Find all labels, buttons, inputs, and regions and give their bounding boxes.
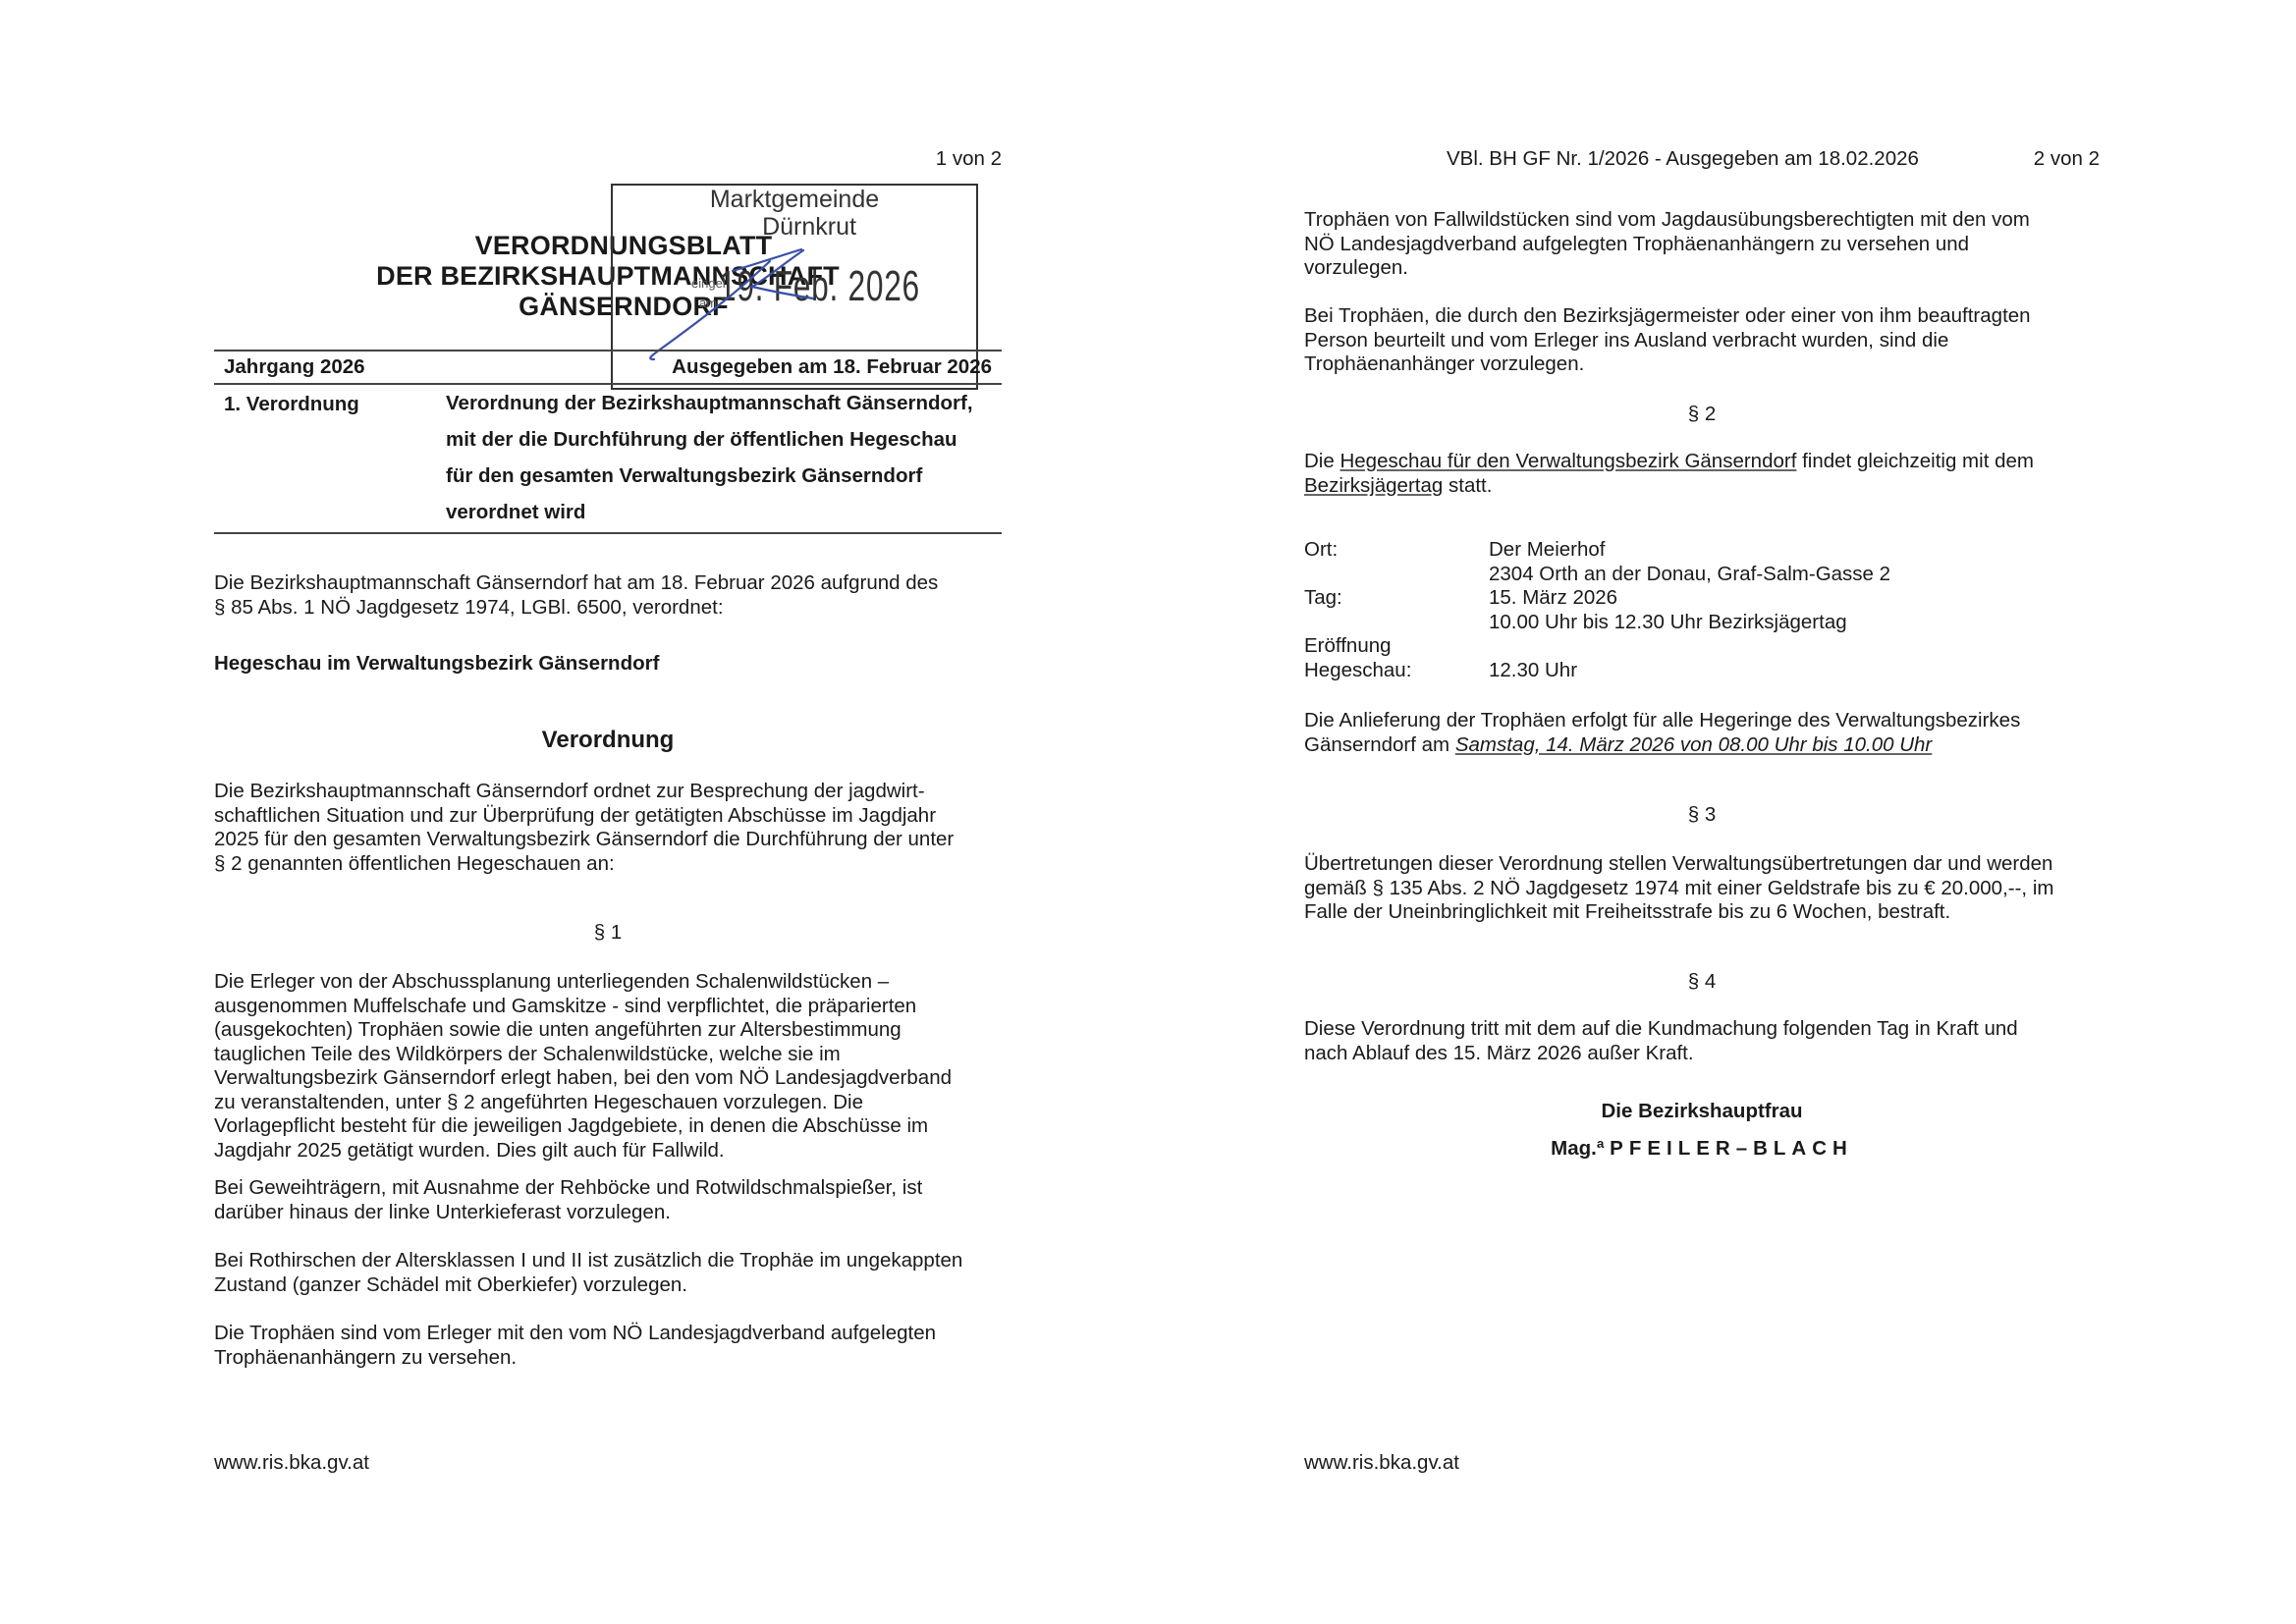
page-2: VBl. BH GF Nr. 1/2026 - Ausgegeben am 18… xyxy=(1304,0,2100,1624)
section-4-paragraph: Diese Verordnung tritt mit dem auf die K… xyxy=(1304,1017,2018,1065)
text-line: Person beurteilt und vom Erleger ins Aus… xyxy=(1304,329,2031,353)
volume-label: Jahrgang 2026 xyxy=(224,355,365,378)
section-1-paragraph-4: Die Trophäen sind vom Erleger mit den vo… xyxy=(214,1322,936,1370)
title-line: verordnet wird xyxy=(446,494,996,530)
text-line: Jagdjahr 2025 getätigt wurden. Dies gilt… xyxy=(214,1139,952,1164)
section-heading-verordnung: Verordnung xyxy=(214,727,1002,754)
value-ort-line-2: 2304 Orth an der Donau, Graf-Salm-Gasse … xyxy=(1489,563,1890,587)
text-line: Falle der Uneinbringlichkeit mit Freihei… xyxy=(1304,900,2053,925)
label-tag: Tag: xyxy=(1304,586,1342,611)
section-4-heading: § 4 xyxy=(1304,970,2100,995)
text-line: vorzulegen. xyxy=(1304,256,2030,281)
page-indicator: 2 von 2 xyxy=(2034,147,2100,171)
label-eroeffnung: Eröffnung xyxy=(1304,634,1392,659)
text-span: Gänserndorf am xyxy=(1304,733,1455,756)
paragraph-fallwild: Trophäen von Fallwildstücken sind vom Ja… xyxy=(1304,208,2030,281)
text-line: Bei Trophäen, die durch den Bezirksjäger… xyxy=(1304,304,2031,329)
title-line: mit der die Durchführung der öffentliche… xyxy=(446,421,996,458)
text-line: Trophäenanhänger vorzulegen. xyxy=(1304,352,2031,377)
section-1-paragraph-1: Die Erleger von der Abschussplanung unte… xyxy=(214,970,952,1163)
delivery-paragraph: Die Anlieferung der Trophäen erfolgt für… xyxy=(1304,709,2109,757)
text-line: § 2 genannten öffentlichen Hegeschauen a… xyxy=(214,852,954,877)
text-line: Zustand (ganzer Schädel mit Oberkiefer) … xyxy=(214,1273,962,1298)
section-1-paragraph-3: Bei Rothirschen der Altersklassen I und … xyxy=(214,1249,962,1297)
text-line: (ausgekochten) Trophäen sowie die unten … xyxy=(214,1018,952,1043)
section-3-heading: § 3 xyxy=(1304,803,2100,828)
paragraph-ausland: Bei Trophäen, die durch den Bezirksjäger… xyxy=(1304,304,2031,377)
text-line: Trophäenanhängern zu versehen. xyxy=(214,1346,936,1371)
text-line: zu veranstaltenden, unter § 2 angeführte… xyxy=(214,1091,952,1115)
text-line: schaftlichen Situation und zur Überprüfu… xyxy=(214,804,954,829)
text-line: Diese Verordnung tritt mit dem auf die K… xyxy=(1304,1017,2018,1042)
page-1: 1 von 2 VERORDNUNGSBLATT DER BEZIRKSHAUP… xyxy=(214,0,1002,1624)
text-line: Vorlagepflicht besteht für die jeweilige… xyxy=(214,1114,952,1139)
text-line: 2025 für den gesamten Verwaltungsbezirk … xyxy=(214,828,954,852)
section-1-paragraph-2: Bei Geweihträgern, mit Ausnahme der Rehb… xyxy=(214,1176,922,1224)
divider xyxy=(214,532,1002,534)
subject-line: Hegeschau im Verwaltungsbezirk Gänserndo… xyxy=(214,652,659,677)
text-line: Bei Geweihträgern, mit Ausnahme der Rehb… xyxy=(214,1176,922,1201)
intro-paragraph: Die Bezirkshauptmannschaft Gänserndorf h… xyxy=(214,571,938,620)
value-tag-line-1: 15. März 2026 xyxy=(1489,586,1617,611)
footer-link[interactable]: www.ris.bka.gv.at xyxy=(214,1451,369,1476)
section-3-paragraph: Übertretungen dieser Verordnung stellen … xyxy=(1304,852,2053,925)
preamble-paragraph: Die Bezirkshauptmannschaft Gänserndorf o… xyxy=(214,780,954,876)
text-line: Die Erleger von der Abschussplanung unte… xyxy=(214,970,952,995)
text-line: Die Trophäen sind vom Erleger mit den vo… xyxy=(214,1322,936,1346)
text-line: NÖ Landesjagdverband aufgelegten Trophäe… xyxy=(1304,233,2030,257)
title-line: Verordnung der Bezirkshauptmannschaft Gä… xyxy=(446,385,996,421)
running-header: VBl. BH GF Nr. 1/2026 - Ausgegeben am 18… xyxy=(1447,147,1919,171)
hegeschau-link[interactable]: Hegeschau für den Verwaltungsbezirk Gäns… xyxy=(1339,450,1796,472)
section-1-heading: § 1 xyxy=(214,921,1002,946)
signatory-title: Die Bezirkshauptfrau xyxy=(1304,1100,2100,1124)
label-hegeschau: Hegeschau: xyxy=(1304,659,1411,683)
issue-meta-row: Jahrgang 2026 Ausgegeben am 18. Februar … xyxy=(224,355,1002,379)
text-line: Die Anlieferung der Trophäen erfolgt für… xyxy=(1304,709,2109,733)
delivery-date-emphasis: Samstag, 14. März 2026 von 08.00 Uhr bis… xyxy=(1455,733,1932,756)
section-2-paragraph: Die Hegeschau für den Verwaltungsbezirk … xyxy=(1304,450,2100,498)
text-line: darüber hinaus der linke Unterkieferast … xyxy=(214,1201,922,1225)
text-line: Die Bezirkshauptmannschaft Gänserndorf h… xyxy=(214,571,938,596)
text-span: findet gleichzeitig mit dem xyxy=(1796,450,2034,472)
text-line: ausgenommen Muffelschafe und Gamskitze -… xyxy=(214,995,952,1019)
footer-link[interactable]: www.ris.bka.gv.at xyxy=(1304,1451,1459,1476)
signatory-name-line: Mag.ª PFEILER–BLACH xyxy=(1304,1137,2100,1162)
text-line: Die Bezirkshauptmannschaft Gänserndorf o… xyxy=(214,780,954,804)
signatory-name: PFEILER–BLACH xyxy=(1610,1137,1853,1160)
value-ort-line-1: Der Meierhof xyxy=(1489,538,1606,563)
signatory-prefix: Mag.ª xyxy=(1551,1137,1604,1160)
text-line: § 85 Abs. 1 NÖ Jagdgesetz 1974, LGBl. 65… xyxy=(214,596,938,621)
text-span: statt. xyxy=(1443,474,1492,497)
regulation-title: Verordnung der Bezirkshauptmannschaft Gä… xyxy=(446,385,996,530)
text-line: Verwaltungsbezirk Gänserndorf erlegt hab… xyxy=(214,1066,952,1091)
text-line: Bei Rothirschen der Altersklassen I und … xyxy=(214,1249,962,1273)
text-line: Trophäen von Fallwildstücken sind vom Ja… xyxy=(1304,208,2030,233)
text-line: tauglichen Teile des Wildkörpers der Sch… xyxy=(214,1043,952,1067)
label-ort: Ort: xyxy=(1304,538,1338,563)
value-hegeschau: 12.30 Uhr xyxy=(1489,659,1577,683)
bezirksjaegertag-link[interactable]: Bezirksjägertag xyxy=(1304,474,1443,497)
divider xyxy=(214,350,1002,352)
issue-date: Ausgegeben am 18. Februar 2026 xyxy=(672,355,992,379)
section-2-heading: § 2 xyxy=(1304,403,2100,427)
text-line: nach Ablauf des 15. März 2026 außer Kraf… xyxy=(1304,1042,2018,1066)
text-line: gemäß § 135 Abs. 2 NÖ Jagdgesetz 1974 mi… xyxy=(1304,877,2053,901)
text-span: Die xyxy=(1304,450,1339,472)
regulation-number: 1. Verordnung xyxy=(224,393,359,416)
value-tag-line-2: 10.00 Uhr bis 12.30 Uhr Bezirksjägertag xyxy=(1489,611,1847,635)
text-line: Übertretungen dieser Verordnung stellen … xyxy=(1304,852,2053,877)
title-line: für den gesamten Verwaltungsbezirk Gänse… xyxy=(446,458,996,494)
